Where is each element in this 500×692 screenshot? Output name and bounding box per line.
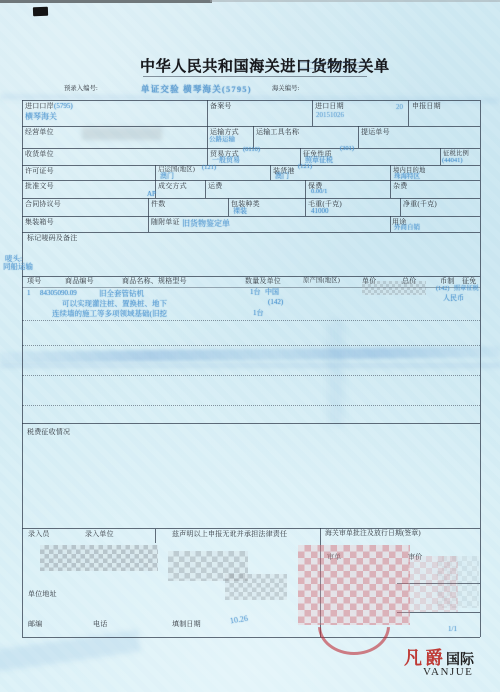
- loading-port-value: 澳门: [275, 173, 289, 180]
- grid-vline: [480, 100, 481, 637]
- grid-vline: [440, 148, 441, 165]
- deal-mode-value: AP: [147, 191, 156, 198]
- license-no-label: 许可证号: [25, 168, 54, 175]
- grid-vline: [228, 198, 229, 216]
- trade-mode-code: (0110): [243, 147, 260, 154]
- grid-dashed-line: [22, 405, 480, 406]
- customs-note-label: 海关审单批注及放行日期(签章): [325, 531, 421, 538]
- vehicle-name-label: 运输工具名称: [256, 129, 299, 136]
- customs-no-label: 海关编号:: [272, 86, 299, 92]
- grid-vline: [358, 126, 359, 148]
- goods-qty-2: 1台: [253, 310, 264, 317]
- inspection-stamp: 单证交验 横琴海关(5795): [141, 83, 252, 95]
- usage-value: 外商自销: [394, 225, 420, 232]
- attached-docs-value: 旧货物鉴定单: [182, 220, 230, 228]
- goods-item-no: 1: [27, 290, 31, 297]
- grid-vline: [148, 198, 149, 232]
- scan-edge-strip: [0, 0, 212, 3]
- goods-qty-1: 1台: [250, 289, 261, 296]
- operator-label: 经营单位: [25, 129, 54, 136]
- goods-code: 84305090.09: [40, 290, 77, 297]
- contract-no-label: 合同协议号: [25, 201, 61, 208]
- goods-origin-country: 中国: [265, 289, 279, 296]
- approval-no-label: 批准文号: [25, 183, 54, 190]
- title-underline: [143, 76, 367, 77]
- redaction-clerk-stamp: [40, 545, 158, 571]
- deal-mode-label: 成交方式: [158, 183, 187, 190]
- entry-clerk-label: 录入员: [28, 531, 50, 538]
- insurance-value: 0.00/1: [311, 189, 327, 196]
- grid-vline: [205, 180, 206, 198]
- grid-vline: [408, 100, 409, 126]
- grid-dashed-line: [22, 320, 480, 321]
- grid-hline: [22, 100, 480, 101]
- goods-header-code: 商品编号: [65, 278, 94, 285]
- bill-no-label: 提运单号: [361, 129, 390, 136]
- grid-vline: [270, 165, 271, 180]
- page-number: 1/1: [448, 626, 457, 633]
- origin-country-code: (121): [202, 165, 216, 172]
- pieces-label: 件数: [151, 201, 165, 208]
- grid-hline: [22, 216, 480, 217]
- entry-unit-label: 录入单位: [85, 531, 114, 538]
- tax-ratio-value: (44041): [442, 158, 463, 165]
- fill-date-value: 10.26: [229, 615, 248, 626]
- unit-address-label: 单位地址: [28, 591, 57, 598]
- grid-dashed-line: [22, 345, 480, 346]
- declaration-statement: 兹声明以上申报无讹并承担法律责任: [172, 531, 287, 538]
- goods-header-origin: 原产国(地区): [303, 278, 340, 284]
- grid-hline: [22, 528, 480, 529]
- import-port-code: (5795): [54, 103, 73, 110]
- footer-divider: [155, 529, 156, 543]
- grid-vline: [400, 198, 401, 216]
- redaction-price-area: [362, 281, 426, 295]
- goods-name-line3: 连续墙的施工等多项领域基础(旧挖: [52, 310, 167, 318]
- goods-name-line1: 旧全套管钻机: [99, 290, 144, 298]
- watermark-en: VANJUE: [423, 666, 473, 678]
- marks-line2: 同船运输: [3, 263, 33, 271]
- import-date-value: 20151026: [316, 112, 344, 119]
- freight-label: 运费: [208, 183, 222, 190]
- redaction-declarant-stamp2: [225, 574, 287, 600]
- grid-hline: [22, 423, 480, 424]
- goods-header-levy: 征免: [462, 278, 476, 285]
- origin-country-value: 澳门: [160, 173, 174, 180]
- import-port-value: 横琴海关: [25, 113, 57, 121]
- grid-hline: [22, 232, 480, 233]
- transport-mode-value: 公路运输: [209, 137, 235, 144]
- grid-vline: [207, 100, 208, 165]
- net-weight-label: 净重(千克): [403, 201, 437, 208]
- goods-header-qty: 数量及单位: [245, 278, 281, 285]
- grid-hline: [22, 637, 480, 638]
- grid-vline: [305, 180, 306, 216]
- goods-header-item: 项号: [27, 278, 41, 285]
- blue-streak: [0, 363, 500, 368]
- tax-collection-label: 税费征收情况: [27, 429, 70, 436]
- goods-currency-code: (142): [436, 286, 449, 292]
- goods-levy-value: 照章征税: [454, 286, 479, 292]
- gray-smudge: [82, 127, 162, 140]
- declare-date-label: 申报日期: [412, 103, 441, 110]
- grid-hline: [22, 126, 480, 127]
- grid-vline: [312, 100, 313, 126]
- goods-origin-code: (142): [268, 299, 283, 306]
- grid-dashed-line: [22, 375, 480, 376]
- destination-value: 珠海特区: [394, 174, 420, 181]
- blue-smudge-vertical: [328, 320, 344, 425]
- grid-hline: [22, 198, 480, 199]
- marks-remarks-label: 标记唛码及备注: [27, 235, 77, 242]
- form-title: 中华人民共和国海关进口货物报关单: [140, 55, 390, 76]
- gross-weight-value: 41000: [311, 208, 329, 215]
- goods-header-currency: 币制: [440, 278, 454, 285]
- scan-edge-strip-light: [210, 0, 500, 2]
- declare-date-partial: 20: [396, 104, 403, 111]
- pre-entry-label: 预录入编号:: [64, 86, 98, 92]
- container-no-label: 集装箱号: [25, 219, 54, 226]
- grid-vline: [390, 165, 391, 198]
- consignee-label: 收货单位: [25, 151, 54, 158]
- import-port-label: 进口口岸: [25, 103, 54, 110]
- watermark-cn-brand: 凡爵: [404, 648, 446, 668]
- grid-vline: [390, 216, 391, 232]
- loading-port-code: (121): [298, 164, 312, 171]
- postcode-label: 邮编: [28, 621, 42, 628]
- scan-black-mark: [33, 7, 48, 17]
- grid-vline: [253, 126, 254, 148]
- attached-docs-label: 随附单证: [151, 219, 180, 226]
- red-stamp-mosaic: [298, 545, 410, 625]
- phone-label: 电话: [93, 621, 107, 628]
- levy-nature-code: (301): [340, 146, 354, 153]
- goods-name-line2: 可以实现灌注桩、置换桩、地下: [62, 300, 167, 308]
- scanned-customs-declaration: 中华人民共和国海关进口货物报关单 预录入编号: 单证交验 横琴海关(5795) …: [0, 0, 500, 692]
- grid-hline: [22, 165, 480, 166]
- grid-vline: [22, 100, 23, 637]
- import-date-label: 进口日期: [315, 103, 344, 110]
- blue-streak: [0, 346, 500, 362]
- packing-type-value: 裸装: [233, 208, 247, 215]
- misc-fee-label: 杂费: [393, 183, 407, 190]
- trade-mode-value: 一般贸易: [212, 157, 240, 164]
- red-stamp-mosaic-light: [408, 556, 458, 612]
- transport-mode-label: 运输方式: [210, 129, 239, 136]
- fill-date-label: 填制日期: [172, 621, 201, 628]
- goods-currency-value: 人民币: [443, 295, 464, 302]
- record-no-label: 备案号: [210, 103, 232, 110]
- goods-header-name: 商品名称、规格型号: [122, 278, 187, 285]
